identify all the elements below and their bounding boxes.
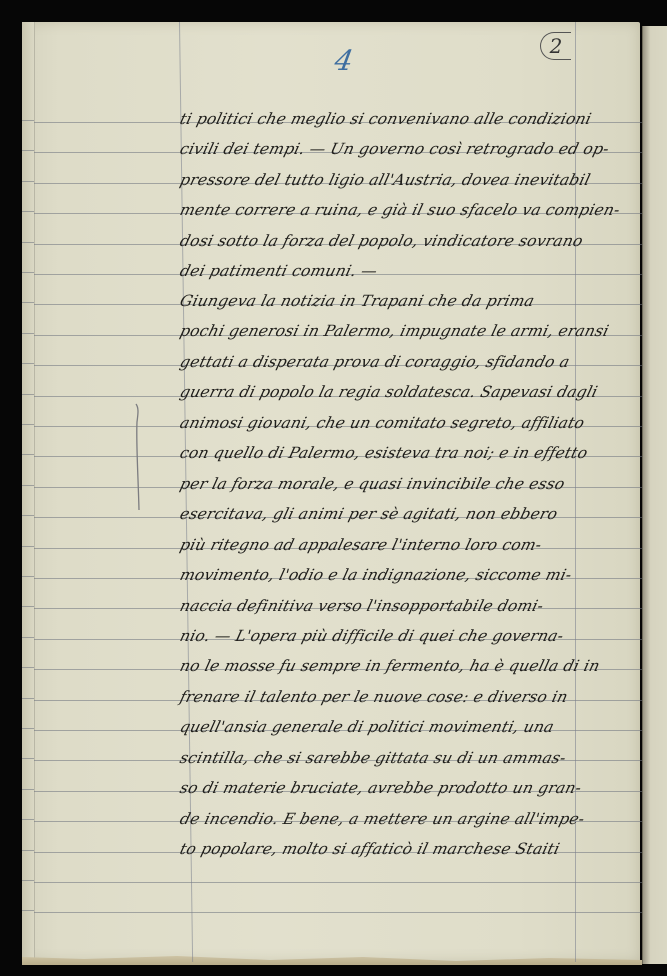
binding-tick [22,150,34,151]
binding-tick [22,850,34,851]
pencil-margin-mark [133,402,141,512]
binding-tick [22,667,34,668]
text-line: pressore del tutto ligio all'Austria, do… [178,171,592,189]
text-line: de incendio. E bene, a mettere un argine… [178,810,587,828]
binding-tick [22,819,34,820]
text-line: esercitava, gli animi per sè agitati, no… [178,505,560,523]
binding-tick [22,789,34,790]
binding-tick [22,181,34,182]
binding-tick [22,637,34,638]
binding-tick [22,910,34,911]
text-line: guerra di popolo la regia soldatesca. Sa… [178,383,600,401]
text-line: civili dei tempi. — Un governo così retr… [178,140,611,158]
text-line: to popolare, molto si affaticò il marche… [178,840,562,858]
binding-tick [22,485,34,486]
text-line: scintilla, che si sarebbe gittata su di … [178,749,568,767]
binding-tick [22,272,34,273]
text-line: frenare il talento per le nuove cose: e … [178,688,570,706]
ruled-line [34,882,642,883]
binding-tick [22,606,34,607]
text-line: naccia definitiva verso l'insopportabile… [178,597,545,615]
binding-tick [22,515,34,516]
text-line: con quello di Palermo, esisteva tra noi;… [178,444,590,462]
circled-page-number: 2 [540,32,571,60]
text-line: pochi generosi in Palermo, impugnate le … [178,322,611,340]
binding-tick [22,211,34,212]
text-line: nio. — L'opera più difficile di quei che… [178,627,566,645]
binding-tick [22,454,34,455]
text-line: no le mosse fu sempre in fermento, ha è … [178,657,602,675]
binding-tick [22,424,34,425]
text-line: quell'ansia generale di politici movimen… [178,718,556,736]
adjacent-page-edge [642,26,667,964]
binding-tick [22,394,34,395]
text-line: movimento, l'odio e la indignazione, sic… [178,566,574,584]
binding-tick [22,302,34,303]
binding-tick [22,333,34,334]
binding-tick [22,576,34,577]
binding-tick [22,728,34,729]
text-line: ti politici che meglio si convenivano al… [178,110,593,128]
text-line: dosi sotto la forza del popolo, vindicat… [178,232,585,250]
text-line: mente correre a ruina, e già il suo sfac… [178,201,622,219]
ruled-line [34,912,642,913]
binding-tick [22,546,34,547]
binding-tick [22,698,34,699]
text-line: per la forza morale, e quasi invincibile… [178,475,567,493]
text-line: più ritegno ad appalesare l'interno loro… [178,536,544,554]
text-line: animosi giovani, che un comitato segreto… [178,414,586,432]
text-line: Giungeva la notizia in Trapani che da pr… [178,292,536,310]
binding-tick [22,363,34,364]
text-line: dei patimenti comuni. — [178,262,379,280]
binding-tick [22,242,34,243]
text-line: gettati a disperata prova di coraggio, s… [178,353,572,371]
text-line: so di materie bruciate, avrebbe prodotto… [178,779,583,797]
binding-tick [22,880,34,881]
binding-tick [22,120,34,121]
binding-tick [22,758,34,759]
